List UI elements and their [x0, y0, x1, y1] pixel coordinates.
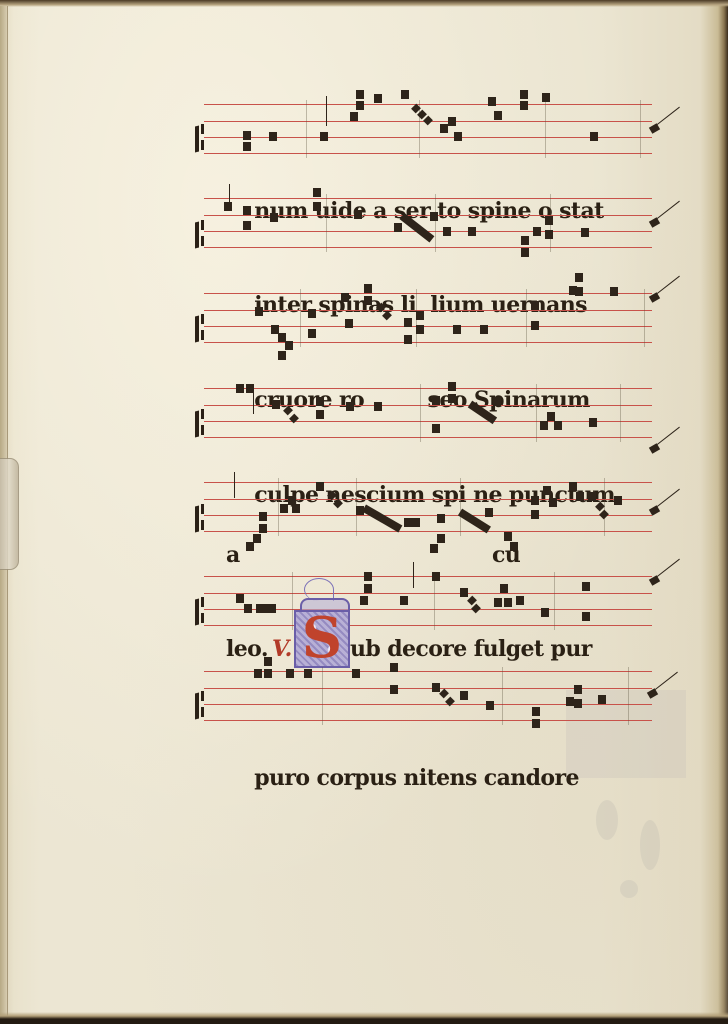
custos-icon — [650, 102, 686, 132]
show-through-stain — [640, 820, 660, 870]
lyric-line-4: culpe nescium spi ne punctum — [226, 444, 615, 478]
c-clef-icon — [195, 504, 209, 534]
lyric-line-1: num uide a ser to spine o stat — [226, 160, 604, 194]
music-staff-4 — [204, 388, 652, 438]
lyric-text: ub decore fulget pur — [350, 632, 592, 666]
music-staff-6 — [204, 576, 652, 626]
c-clef-icon — [195, 691, 209, 721]
initial-letter: S — [296, 606, 348, 670]
versicle-rubric-mark: V. — [272, 632, 292, 666]
lyric-line-7: puro corpus nitens candore — [226, 727, 579, 761]
manuscript-page: num uide a ser to spine o stat inter spi… — [0, 0, 728, 1024]
show-through-stain — [596, 800, 618, 840]
lyric-line-6: leo. V. ub decore fulget pur — [226, 632, 254, 666]
page-top-edge — [0, 0, 728, 7]
c-clef-icon — [195, 409, 209, 439]
show-through-stain — [620, 880, 638, 898]
page-clip — [0, 458, 19, 570]
custos-icon — [648, 667, 684, 697]
music-staff-2 — [204, 198, 652, 248]
music-staff-1 — [204, 104, 652, 154]
music-staff-5 — [204, 482, 652, 532]
lyric-text: cu — [492, 538, 520, 572]
c-clef-icon — [195, 124, 209, 154]
c-clef-icon — [195, 220, 209, 250]
lyric-line-3: cruore ro seo Spinarum — [226, 349, 590, 383]
c-clef-icon — [195, 314, 209, 344]
page-bottom-edge — [0, 1012, 728, 1024]
lyric-text: a — [226, 538, 240, 572]
custos-icon — [650, 484, 686, 514]
lyric-line-2: inter spinas li lium uernans — [226, 254, 587, 288]
illuminated-initial: S — [294, 610, 350, 668]
lyric-line-5: a cu — [226, 538, 254, 572]
c-clef-icon — [195, 597, 209, 627]
custos-icon — [650, 422, 686, 452]
custos-icon — [650, 196, 686, 226]
custos-icon — [650, 271, 686, 301]
music-staff-3 — [204, 293, 652, 343]
custos-icon — [650, 554, 686, 584]
lyric-text: leo. — [226, 632, 268, 666]
music-staff-7 — [204, 671, 652, 721]
lyric-text: puro corpus nitens candore — [254, 765, 579, 791]
